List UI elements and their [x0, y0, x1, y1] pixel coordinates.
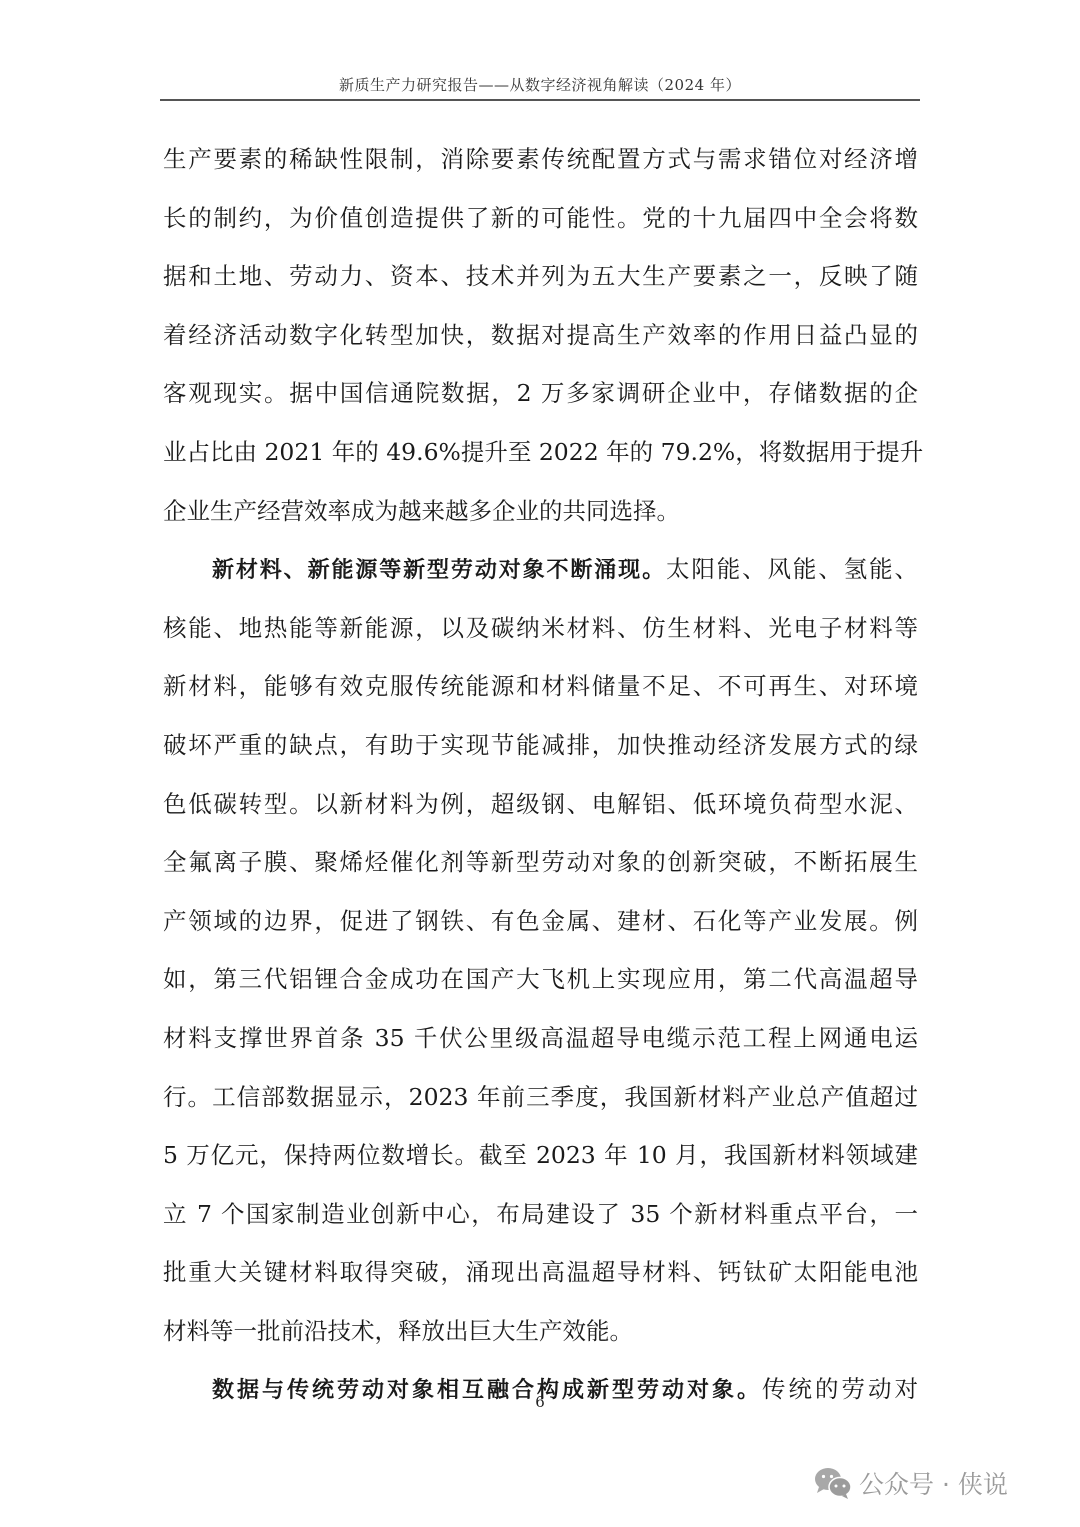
text-line: 长的制约，为价值创造提供了新的可能性。党的十九届四中全会将数 — [163, 196, 918, 255]
text-line: 业占比由 2021 年的 49.6%提升至 2022 年的 79.2%，将数据用… — [163, 430, 918, 489]
text-line: 材料等一批前沿技术，释放出巨大生产效能。 — [163, 1309, 918, 1368]
text-line: 立 7 个国家制造业创新中心，布局建设了 35 个新材料重点平台，一 — [163, 1192, 918, 1251]
text-line: 企业生产经营效率成为越来越多企业的共同选择。 — [163, 489, 918, 548]
text-line: 如，第三代铝锂合金成功在国产大飞机上实现应用，第二代高温超导 — [163, 957, 918, 1016]
text-line: 据和土地、劳动力、资本、技术并列为五大生产要素之一，反映了随 — [163, 254, 918, 313]
paragraph-lead: 数据与传统劳动对象相互融合构成新型劳动对象。 — [212, 1378, 762, 1403]
body-text: 生产要素的稀缺性限制，消除要素传统配置方式与需求错位对经济增 长的制约，为价值创… — [163, 137, 918, 1426]
running-header: 新质生产力研究报告——从数字经济视角解读（2024 年） — [160, 74, 920, 95]
page-number: 6 — [520, 1393, 560, 1411]
text-line: 着经济活动数字化转型加快，数据对提高生产效率的作用日益凸显的 — [163, 313, 918, 372]
text-line: 核能、地热能等新能源，以及碳纳米材料、仿生材料、光电子材料等 — [163, 606, 918, 665]
text-line: 新材料，能够有效克服传统能源和材料储量不足、不可再生、对环境 — [163, 664, 918, 723]
text-line: 破坏严重的缺点，有助于实现节能减排，加快推动经济发展方式的绿 — [163, 723, 918, 782]
text-line: 客观现实。据中国信通院数据，2 万多家调研企业中，存储数据的企 — [163, 371, 918, 430]
header-divider — [160, 99, 920, 101]
watermark: 公众号 · 侠说 — [813, 1465, 1008, 1501]
text-line: 产领域的边界，促进了钢铁、有色金属、建材、石化等产业发展。例 — [163, 899, 918, 958]
text-line: 行。工信部数据显示，2023 年前三季度，我国新材料产业总产值超过 — [163, 1075, 918, 1134]
watermark-text: 公众号 · 侠说 — [859, 1465, 1008, 1501]
paragraph-lead: 新材料、新能源等新型劳动对象不断涌现。 — [212, 558, 666, 583]
text-line: 材料支撑世界首条 35 千伏公里级高温超导电缆示范工程上网通电运 — [163, 1016, 918, 1075]
text-line: 生产要素的稀缺性限制，消除要素传统配置方式与需求错位对经济增 — [163, 137, 918, 196]
text-line: 全氟离子膜、聚烯烃催化剂等新型劳动对象的创新突破，不断拓展生 — [163, 840, 918, 899]
text-line: 5 万亿元，保持两位数增长。截至 2023 年 10 月，我国新材料领域建 — [163, 1133, 918, 1192]
text-line: 批重大关键材料取得突破，涌现出高温超导材料、钙钛矿太阳能电池 — [163, 1250, 918, 1309]
text-line: 色低碳转型。以新材料为例，超级钢、电解铝、低环境负荷型水泥、 — [163, 782, 918, 841]
wechat-icon — [813, 1466, 853, 1500]
paragraph-start: 新材料、新能源等新型劳动对象不断涌现。太阳能、风能、氢能、 — [163, 547, 918, 606]
